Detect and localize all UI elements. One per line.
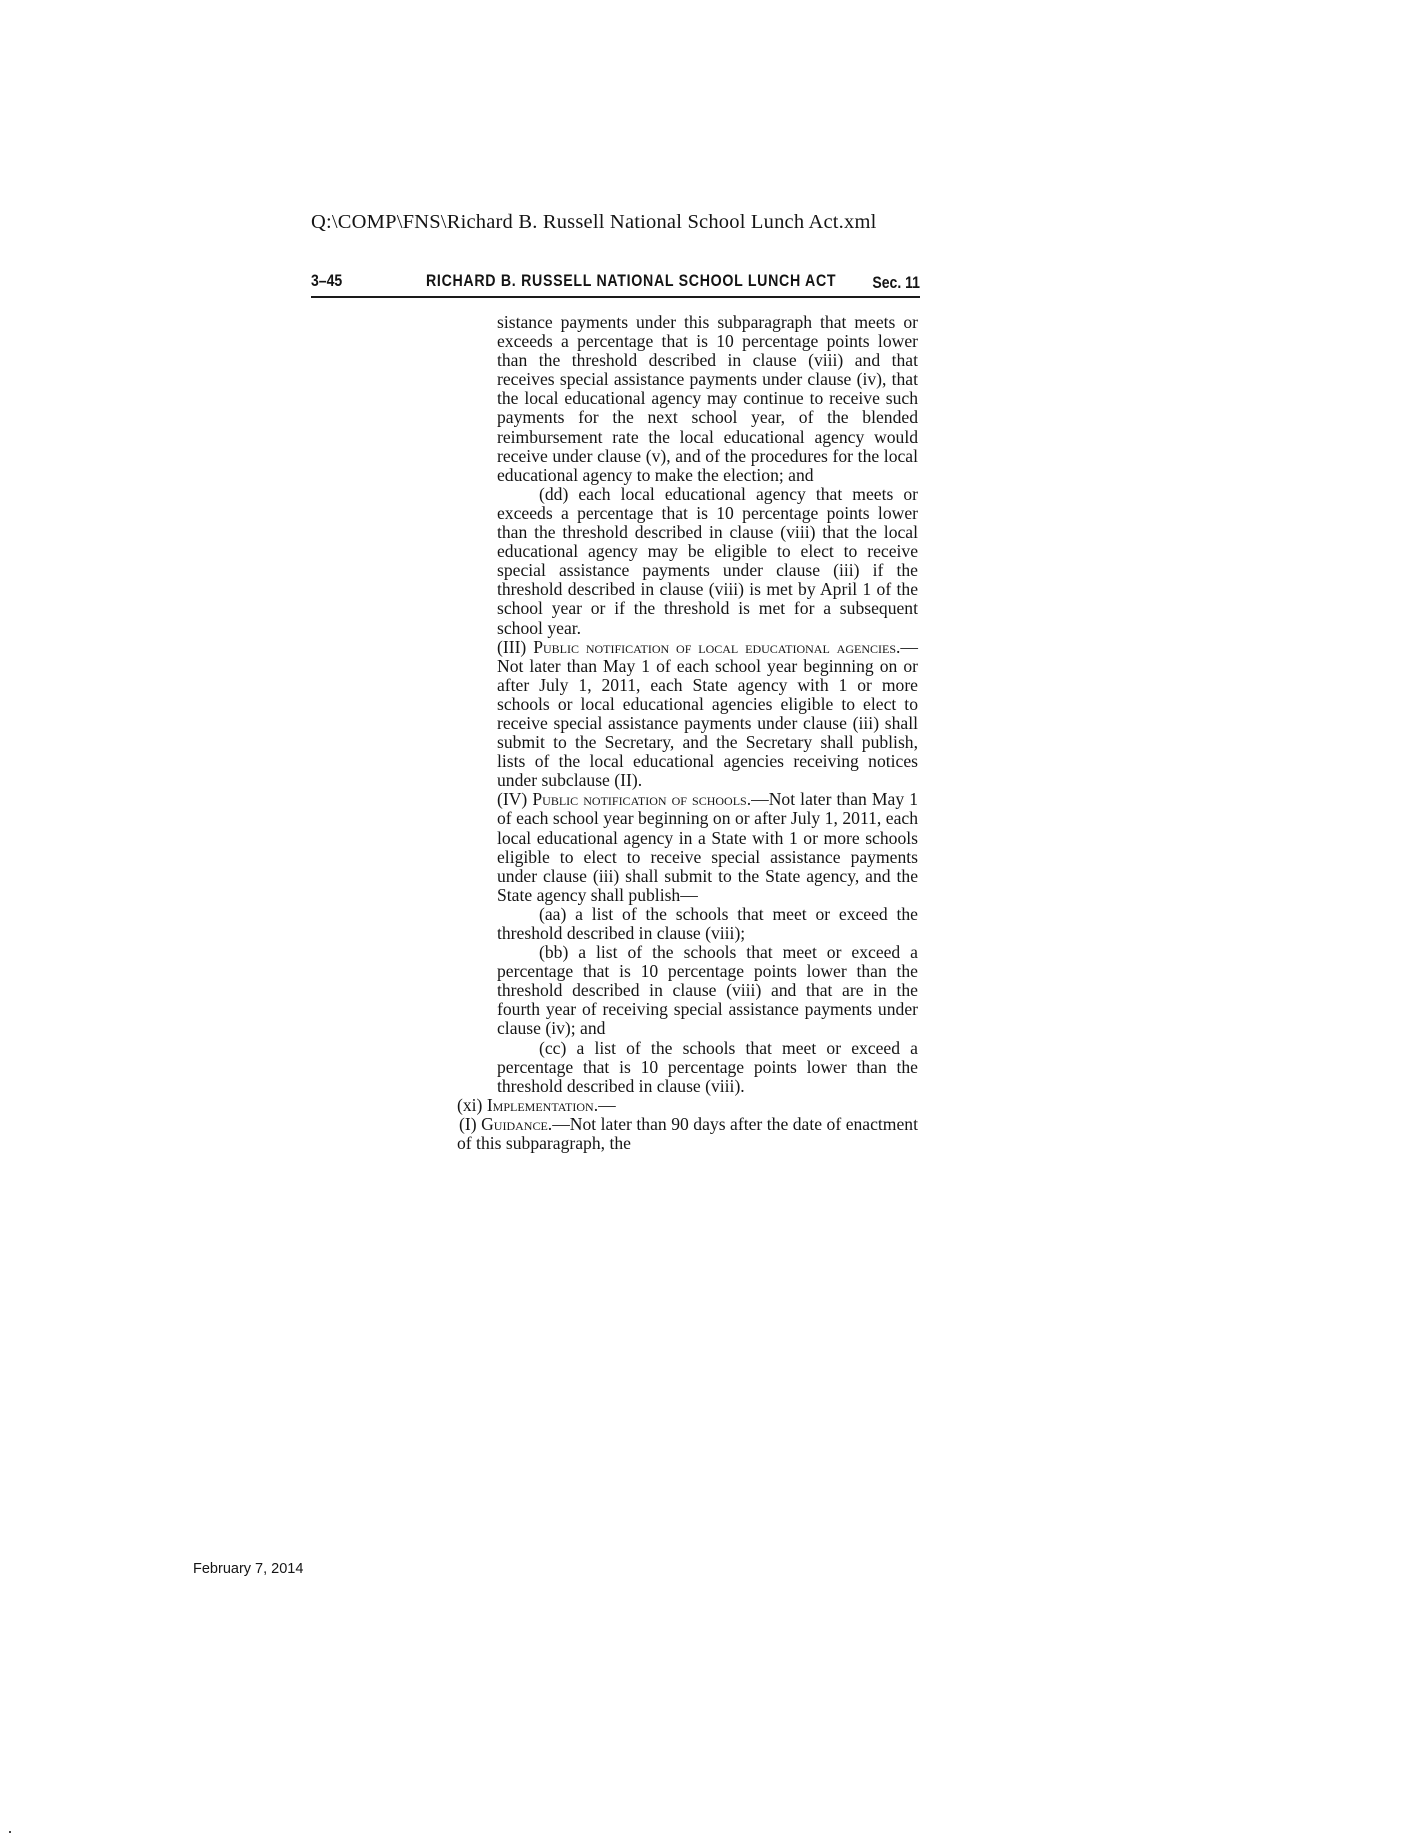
subclause-IV: (IV) Public notification of schools.—Not… [497, 790, 918, 905]
subclause-IV-label: (IV) [497, 789, 527, 809]
page-number: 3–45 [311, 272, 342, 291]
running-head: 3–45 RICHARD B. RUSSELL NATIONAL SCHOOL … [311, 270, 920, 298]
subclause-I-heading: Guidance. [481, 1114, 552, 1134]
file-path-header: Q:\COMP\FNS\Richard B. Russell National … [311, 211, 877, 234]
item-aa: (aa) a list of the schools that meet or … [497, 905, 918, 943]
clause-xi-label: (xi) [457, 1095, 482, 1115]
clause-xi-dash: — [598, 1095, 616, 1115]
scan-artifact [9, 1831, 11, 1833]
act-title: RICHARD B. RUSSELL NATIONAL SCHOOL LUNCH… [426, 272, 836, 291]
item-bb: (bb) a list of the schools that meet or … [497, 943, 918, 1038]
document-body: sistance payments under this subparagrap… [497, 313, 918, 1153]
item-bb-label: (bb) [539, 942, 568, 962]
subclause-I-label: (I) [459, 1114, 477, 1134]
subclause-III: (III) Public notification of local educa… [497, 638, 918, 791]
subclause-IV-heading: Public notification of schools. [532, 789, 751, 809]
footer-date: February 7, 2014 [193, 1561, 303, 1577]
item-dd-text: each local educational agency that meets… [497, 484, 918, 638]
subclause-III-heading: Public notification of local educational… [533, 637, 900, 657]
subclause-I: (I) Guidance.—Not later than 90 days aft… [457, 1115, 918, 1153]
subclause-III-label: (III) [497, 637, 526, 657]
item-aa-label: (aa) [539, 904, 566, 924]
clause-xi-heading: Implementation. [487, 1095, 598, 1115]
item-cc: (cc) a list of the schools that meet or … [497, 1039, 918, 1096]
clause-xi: (xi) Implementation.— [457, 1096, 918, 1115]
item-dd-label: (dd) [539, 484, 568, 504]
section-number: Sec. 11 [872, 274, 920, 293]
item-dd: (dd) each local educational agency that … [497, 485, 918, 638]
paragraph-continuation: sistance payments under this subparagrap… [497, 313, 918, 485]
item-cc-label: (cc) [539, 1038, 566, 1058]
subclause-III-text: —Not later than May 1 of each school yea… [497, 637, 918, 791]
